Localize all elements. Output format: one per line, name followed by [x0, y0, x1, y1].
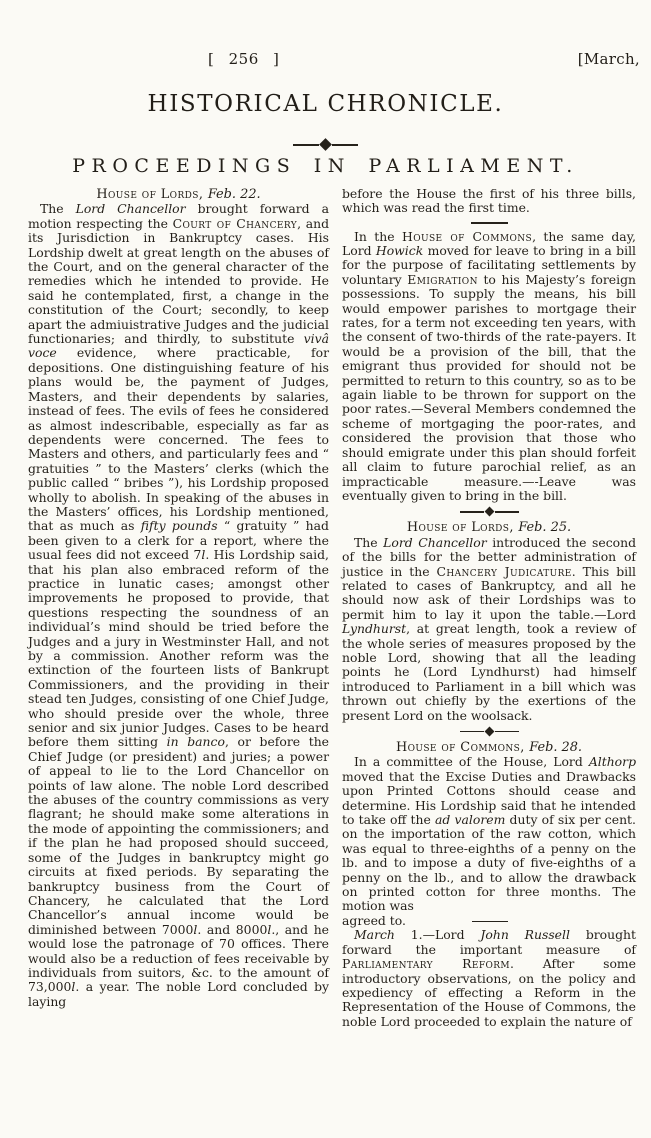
- smallcaps-text: Emigration: [407, 272, 478, 287]
- section-title: PROCEEDINGS IN PARLIAMENT.: [0, 155, 651, 177]
- issue-month-label: [March,: [578, 50, 640, 68]
- diamond-icon: [484, 507, 494, 517]
- italic-text: March: [354, 927, 395, 942]
- text-run: to his Majesty’s foreign possessions. To…: [342, 272, 636, 503]
- text-run: , and its Jurisdiction in Bankruptcy cas…: [28, 216, 329, 346]
- italic-text: Lord Chancellor: [383, 535, 487, 550]
- text-run: duty of six per cent. on the importation…: [342, 812, 636, 913]
- smallcaps-text: House of Lords,: [407, 520, 518, 535]
- section-rule: [471, 222, 508, 224]
- italic-text: Althorp: [589, 754, 636, 769]
- italic-text: Feb. 28.: [529, 740, 582, 755]
- text-run: , or before the Chief Judge (or presiden…: [28, 734, 329, 936]
- section-heading: House of Commons, Feb. 28.: [342, 741, 636, 755]
- scanned-page: [ 256 ] [March, HISTORICAL CHRONICLE. PR…: [0, 0, 651, 1138]
- smallcaps-text: Court of Chancery: [173, 216, 297, 231]
- right-column: before the House the first of his three …: [342, 187, 636, 1029]
- text-run: evidence, where practicable, for deposit…: [28, 345, 329, 533]
- smallcaps-text: House of Commons: [402, 229, 532, 244]
- text-run: 1.—Lord: [395, 927, 480, 942]
- section-heading: House of Lords, Feb. 22.: [28, 188, 329, 202]
- italic-text: Lord Chancellor: [76, 201, 186, 216]
- paragraph: In the House of Commons, the same day, L…: [342, 230, 636, 504]
- rule-bar: [495, 511, 519, 513]
- diamond-icon: [319, 138, 332, 151]
- italic-text: Feb. 25.: [518, 520, 571, 535]
- text-run: In a committee of the House, Lord: [354, 754, 589, 769]
- rule-bar: [495, 731, 519, 733]
- text-run: agreed to.: [342, 914, 406, 928]
- italic-text: Howick: [376, 243, 423, 258]
- ornament-bar-right: [332, 144, 358, 146]
- paragraph: The Lord Chancellor introduced the secon…: [342, 536, 636, 723]
- smallcaps-text: Chancery Judicature: [436, 564, 571, 579]
- ornament-bar-left: [293, 144, 319, 146]
- smallcaps-text: House of Commons,: [396, 740, 529, 755]
- text-run: . and 8000: [197, 922, 267, 937]
- italic-text: in banco: [167, 734, 225, 749]
- text-run: before the House the first of his three …: [342, 186, 636, 215]
- smallcaps-text: Parliamentary Reform: [342, 956, 510, 971]
- smallcaps-text: House of Lords,: [96, 187, 207, 202]
- text-run: In the: [354, 229, 402, 244]
- paragraph: March 1.—Lord John Russell brought forwa…: [342, 928, 636, 1029]
- italic-text: Feb. 22.: [208, 187, 261, 202]
- text-run: The: [40, 201, 76, 216]
- page-number: [ 256 ]: [208, 50, 279, 68]
- section-rule: [472, 921, 508, 923]
- diamond-rule: [342, 508, 636, 515]
- rule-bar: [460, 511, 484, 513]
- italic-text: Lyndhurst: [342, 621, 406, 636]
- text-run: , at great length, took a review of the …: [342, 621, 636, 722]
- section-heading: House of Lords, Feb. 25.: [342, 521, 636, 535]
- rule-bar: [460, 731, 484, 733]
- text-run: The: [354, 535, 383, 550]
- page-header: [ 256 ] [March,: [0, 50, 651, 70]
- italic-text: John Russell: [480, 927, 570, 942]
- paragraph: In a committee of the House, Lord Althor…: [342, 755, 636, 913]
- paragraph: before the House the first of his three …: [342, 187, 636, 216]
- text-run: . His Lordship said, that his plan also …: [28, 547, 329, 749]
- italic-text: fifty pounds: [141, 518, 218, 533]
- text-run: agreed to.: [342, 913, 406, 928]
- text-columns: House of Lords, Feb. 22.The Lord Chancel…: [28, 187, 636, 1029]
- page-title: HISTORICAL CHRONICLE.: [0, 91, 651, 117]
- diamond-ornament: [0, 140, 651, 149]
- italic-text: ad valorem: [435, 812, 505, 827]
- paragraph-end-line: agreed to.: [342, 914, 636, 928]
- diamond-icon: [484, 727, 494, 737]
- paragraph: The Lord Chancellor brought forward a mo…: [28, 202, 329, 1009]
- left-column: House of Lords, Feb. 22.The Lord Chancel…: [28, 187, 329, 1029]
- diamond-rule: [342, 728, 636, 735]
